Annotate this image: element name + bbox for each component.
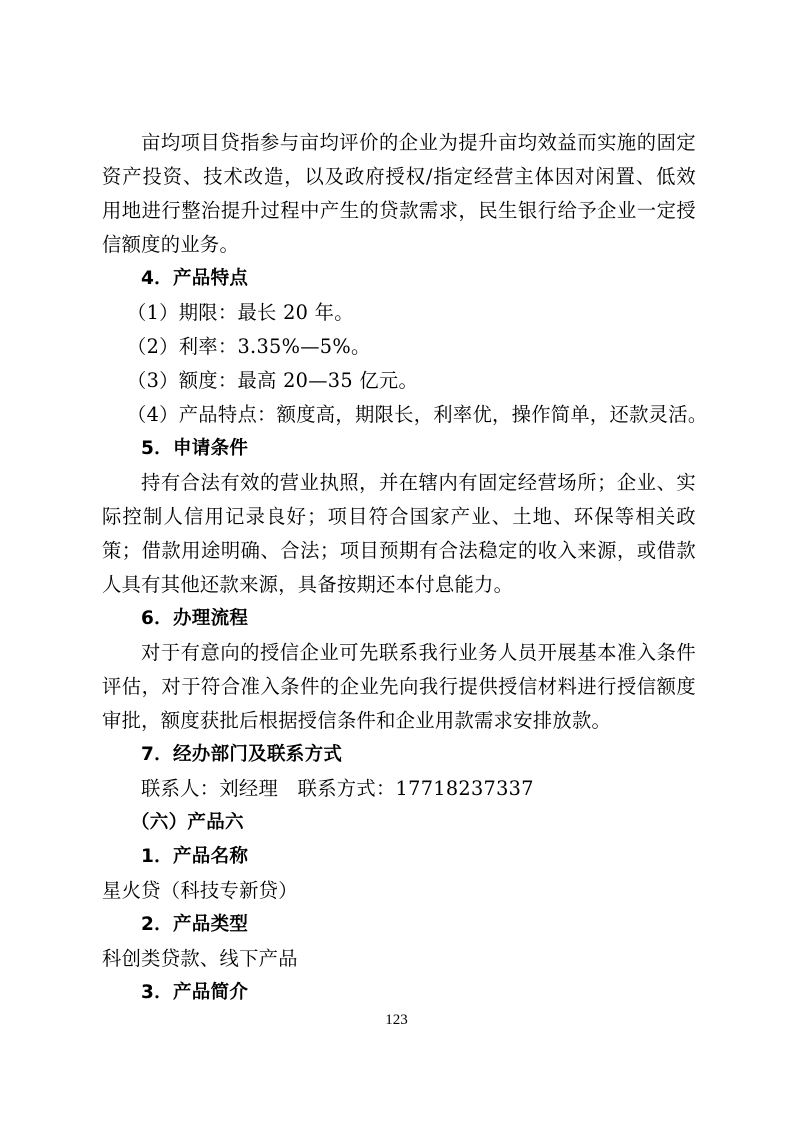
product-type-heading: 2．产品类型 <box>102 908 696 942</box>
section-heading-application-conditions: 5．申请条件 <box>102 432 696 466</box>
process-paragraph: 对于有意向的授信企业可先联系我行业务人员开展基本准入条件评估，对于符合准入条件的… <box>102 636 696 738</box>
application-conditions-paragraph: 持有合法有效的营业执照，并在辖内有固定经营场所；企业、实际控制人信用记录良好；项… <box>102 466 696 602</box>
section-heading-product-features: 4．产品特点 <box>102 262 696 296</box>
product-name-heading: 1．产品名称 <box>102 840 696 874</box>
section-heading-process: 6．办理流程 <box>102 602 696 636</box>
product-name-value: 星火贷（科技专新贷） <box>102 874 696 908</box>
product-type-value: 科创类贷款、线下产品 <box>102 942 696 976</box>
feature-item-term: （1）期限：最长 20 年。 <box>102 296 696 330</box>
product-six-heading: （六）产品六 <box>102 806 696 840</box>
contact-info: 联系人：刘经理 联系方式：17718237337 <box>102 772 696 806</box>
document-page: 亩均项目贷指参与亩均评价的企业为提升亩均效益而实施的固定资产投资、技术改造，以及… <box>102 126 696 1010</box>
product-intro-heading: 3．产品简介 <box>102 976 696 1010</box>
intro-paragraph: 亩均项目贷指参与亩均评价的企业为提升亩均效益而实施的固定资产投资、技术改造，以及… <box>102 126 696 262</box>
section-heading-contact: 7．经办部门及联系方式 <box>102 738 696 772</box>
page-number: 123 <box>0 1012 793 1029</box>
feature-item-characteristics: （4）产品特点：额度高，期限长，利率优，操作简单，还款灵活。 <box>102 398 696 432</box>
feature-item-amount: （3）额度：最高 20—35 亿元。 <box>102 364 696 398</box>
feature-item-rate: （2）利率：3.35%—5%。 <box>102 330 696 364</box>
